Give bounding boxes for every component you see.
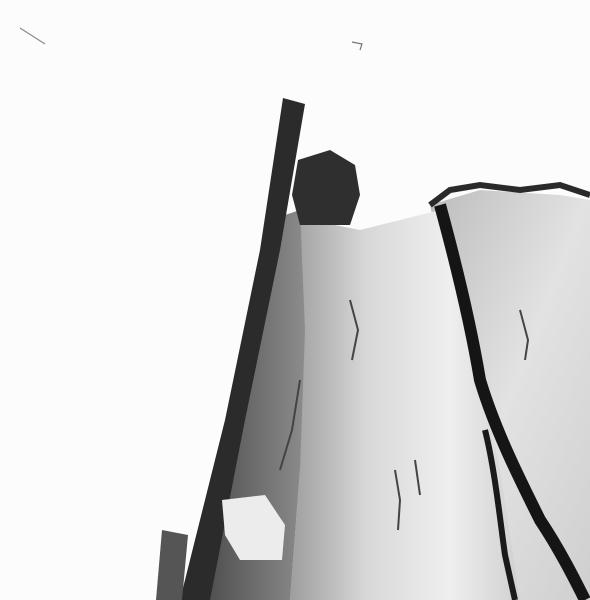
timber-structure-scene <box>0 0 590 600</box>
photograph <box>0 0 590 600</box>
